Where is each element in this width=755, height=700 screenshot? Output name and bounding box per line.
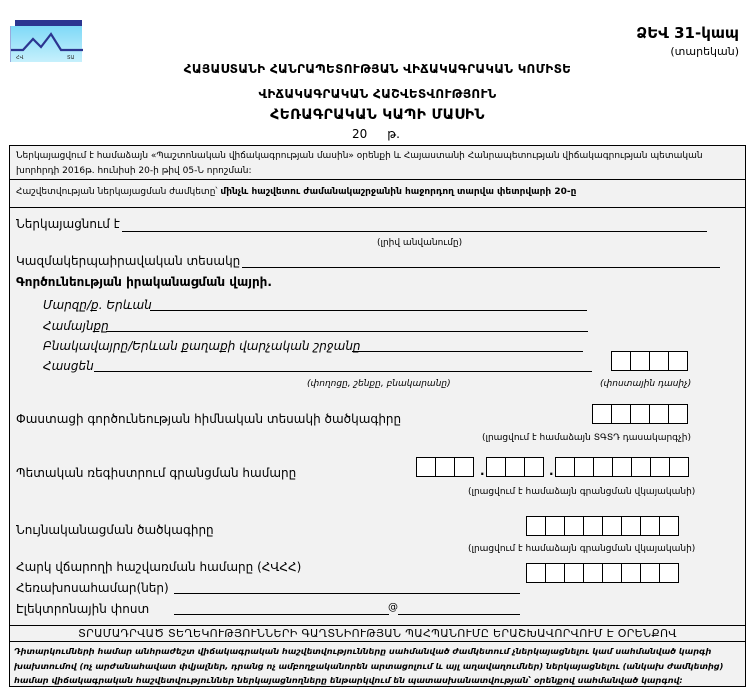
submitter-field[interactable]: [122, 231, 707, 232]
tax-id-cell[interactable]: [583, 563, 603, 583]
email-at-sign: @: [388, 602, 398, 613]
activity-code-cell[interactable]: [668, 404, 688, 424]
registration-number-group-1[interactable]: [416, 457, 474, 477]
tax-id-cell[interactable]: [526, 563, 546, 583]
location-heading: Գործունեության իրականացման վայրի.: [16, 275, 272, 289]
statistics-chart-logo-icon: ՀՎ ՏԱ: [10, 26, 82, 62]
postal-code-input[interactable]: [611, 351, 688, 371]
postal-code-hint: (փոստային դասիչ): [600, 379, 691, 389]
activity-code-cell[interactable]: [649, 404, 669, 424]
report-subject-title: ՀԵՌԱԳՐԱԿԱՆ ԿԱՊԻ ՄԱՍԻՆ: [0, 107, 755, 123]
email-label: Էլեկտրոնային փոստ: [16, 602, 149, 616]
respondent-info-box: Ներկայացնում է (լրիվ անվանումը) Կազմակեր…: [9, 207, 746, 626]
registration-separator: .: [480, 464, 485, 478]
identification-code-cell[interactable]: [545, 516, 565, 536]
tax-id-cell[interactable]: [659, 563, 679, 583]
settlement-field[interactable]: [352, 351, 583, 352]
activity-code-cell[interactable]: [611, 404, 631, 424]
community-label: Համայնքը: [43, 319, 109, 333]
identification-code-label: Նույնականացման ծածկագիրը: [16, 523, 214, 537]
confidentiality-text: ՏՐԱՄԱԴՐՎԱԾ ՏԵՂԵԿՈՒԹՅՈՒՆՆԵՐԻ ԳԱՂՏՆԻՈՒԹՅԱՆ…: [78, 627, 677, 640]
tax-id-cell[interactable]: [564, 563, 584, 583]
phone-field[interactable]: [174, 593, 520, 594]
form-id: ՁԵՎ 31-կապ: [636, 24, 739, 42]
email-user-field[interactable]: [174, 614, 389, 615]
identification-code-cell[interactable]: [621, 516, 641, 536]
activity-code-cell[interactable]: [592, 404, 612, 424]
registration-number-cell[interactable]: [454, 457, 474, 477]
deadline-box: Հաշվետվության ներկայացման ժամկետը՝ մինչև…: [9, 179, 746, 208]
postal-code-cell[interactable]: [649, 351, 669, 371]
identification-code-cell[interactable]: [659, 516, 679, 536]
registration-number-cell[interactable]: [593, 457, 613, 477]
activity-code-input[interactable]: [592, 404, 688, 424]
logo-left-label: ՀՎ: [16, 55, 23, 61]
address-label: Հասցեն: [43, 359, 94, 373]
submitter-hint: (լրիվ անվանումը): [377, 238, 462, 248]
registration-number-cell[interactable]: [669, 457, 689, 477]
registration-number-cell[interactable]: [416, 457, 436, 477]
legal-basis-box: Ներկայացվում է համաձայն «Պաշտոնական վիճա…: [9, 145, 746, 180]
year-suffix: թ.: [387, 127, 400, 141]
liability-note-box: Դիտարկումների համար անհրաժեշտ վիճակագրակ…: [9, 641, 746, 687]
address-hint: (փողոցը, շենքը, բնակարանը): [307, 379, 451, 389]
identification-code-hint: (լրացվում է համաձայն գրանցման վկայականի): [468, 544, 695, 554]
deadline-label: Հաշվետվության ներկայացման ժամկետը՝: [16, 187, 220, 197]
registration-number-cell[interactable]: [555, 457, 575, 477]
activity-code-label: Փաստացի գործունեության հիմնական տեսակի ծ…: [16, 412, 401, 426]
legal-form-field[interactable]: [242, 267, 720, 268]
submitter-label: Ներկայացնում է: [16, 217, 120, 231]
registration-number-cell[interactable]: [574, 457, 594, 477]
report-type-title: ՎԻՃԱԿԱԳՐԱԿԱՆ ՀԱՇՎԵՏՎՈՒԹՅՈՒՆ: [0, 87, 755, 101]
year-prefix: 20: [352, 127, 367, 141]
legal-form-label: Կազմակերպաիրավական տեսակը: [16, 254, 240, 268]
settlement-label: Բնակավայրը/Երևան քաղաքի վարչական շրջանը: [43, 339, 361, 353]
identification-code-input[interactable]: [526, 516, 679, 536]
identification-code-cell[interactable]: [526, 516, 546, 536]
region-label: Մարզը/ք. Երևան: [43, 298, 152, 312]
confidentiality-notice: ՏՐԱՄԱԴՐՎԱԾ ՏԵՂԵԿՈՒԹՅՈՒՆՆԵՐԻ ԳԱՂՏՆԻՈՒԹՅԱՆ…: [9, 625, 746, 642]
address-field[interactable]: [94, 371, 592, 372]
identification-code-cell[interactable]: [602, 516, 622, 536]
form-period: (տարեկան): [670, 45, 739, 58]
postal-code-cell[interactable]: [630, 351, 650, 371]
committee-title: ՀԱՅԱՍՏԱՆԻ ՀԱՆՐԱՊԵՏՈՒԹՅԱՆ ՎԻՃԱԿԱԳՐԱԿԱՆ ԿՈ…: [0, 62, 755, 76]
legal-basis-text: Ներկայացվում է համաձայն «Պաշտոնական վիճա…: [16, 151, 703, 176]
registration-number-group-3[interactable]: [555, 457, 689, 477]
report-year: 20թ.: [352, 127, 400, 141]
tax-id-cell[interactable]: [602, 563, 622, 583]
registration-number-cell[interactable]: [505, 457, 525, 477]
registration-separator: .: [549, 464, 554, 478]
registration-number-cell[interactable]: [612, 457, 632, 477]
deadline-value: մինչև հաշվետու ժամանակաշրջանին հաջորդող …: [220, 187, 576, 197]
tax-id-cell[interactable]: [640, 563, 660, 583]
registration-number-hint: (լրացվում է համաձայն գրանցման վկայականի): [468, 487, 695, 497]
tax-id-cell[interactable]: [621, 563, 641, 583]
tax-id-label: Հարկ վճարողի հաշվառման համարը (ՀՎՀՀ): [16, 560, 301, 574]
tax-id-cell[interactable]: [545, 563, 565, 583]
registration-number-cell[interactable]: [435, 457, 455, 477]
identification-code-cell[interactable]: [640, 516, 660, 536]
identification-code-cell[interactable]: [564, 516, 584, 536]
registration-number-group-2[interactable]: [486, 457, 544, 477]
registration-number-cell[interactable]: [631, 457, 651, 477]
activity-code-cell[interactable]: [630, 404, 650, 424]
registration-number-label: Պետական ռեգիստրում գրանցման համարը: [16, 466, 296, 480]
phone-label: Հեռախոսահամար(ներ): [16, 581, 169, 595]
registration-number-cell[interactable]: [486, 457, 506, 477]
postal-code-cell[interactable]: [668, 351, 688, 371]
email-domain-field[interactable]: [398, 614, 520, 615]
registration-number-cell[interactable]: [650, 457, 670, 477]
identification-code-cell[interactable]: [583, 516, 603, 536]
region-field[interactable]: [150, 310, 587, 311]
liability-note-text: Դիտարկումների համար անհրաժեշտ վիճակագրակ…: [14, 646, 723, 685]
community-field[interactable]: [106, 331, 588, 332]
activity-code-hint: (լրացվում է համաձայն ՏԳՏԴ դասակարգչի): [482, 433, 691, 443]
postal-code-cell[interactable]: [611, 351, 631, 371]
tax-id-input[interactable]: [526, 563, 679, 583]
statistics-committee-logo: ՀՎ ՏԱ: [10, 20, 82, 62]
registration-number-cell[interactable]: [524, 457, 544, 477]
logo-right-label: ՏԱ: [67, 55, 74, 61]
